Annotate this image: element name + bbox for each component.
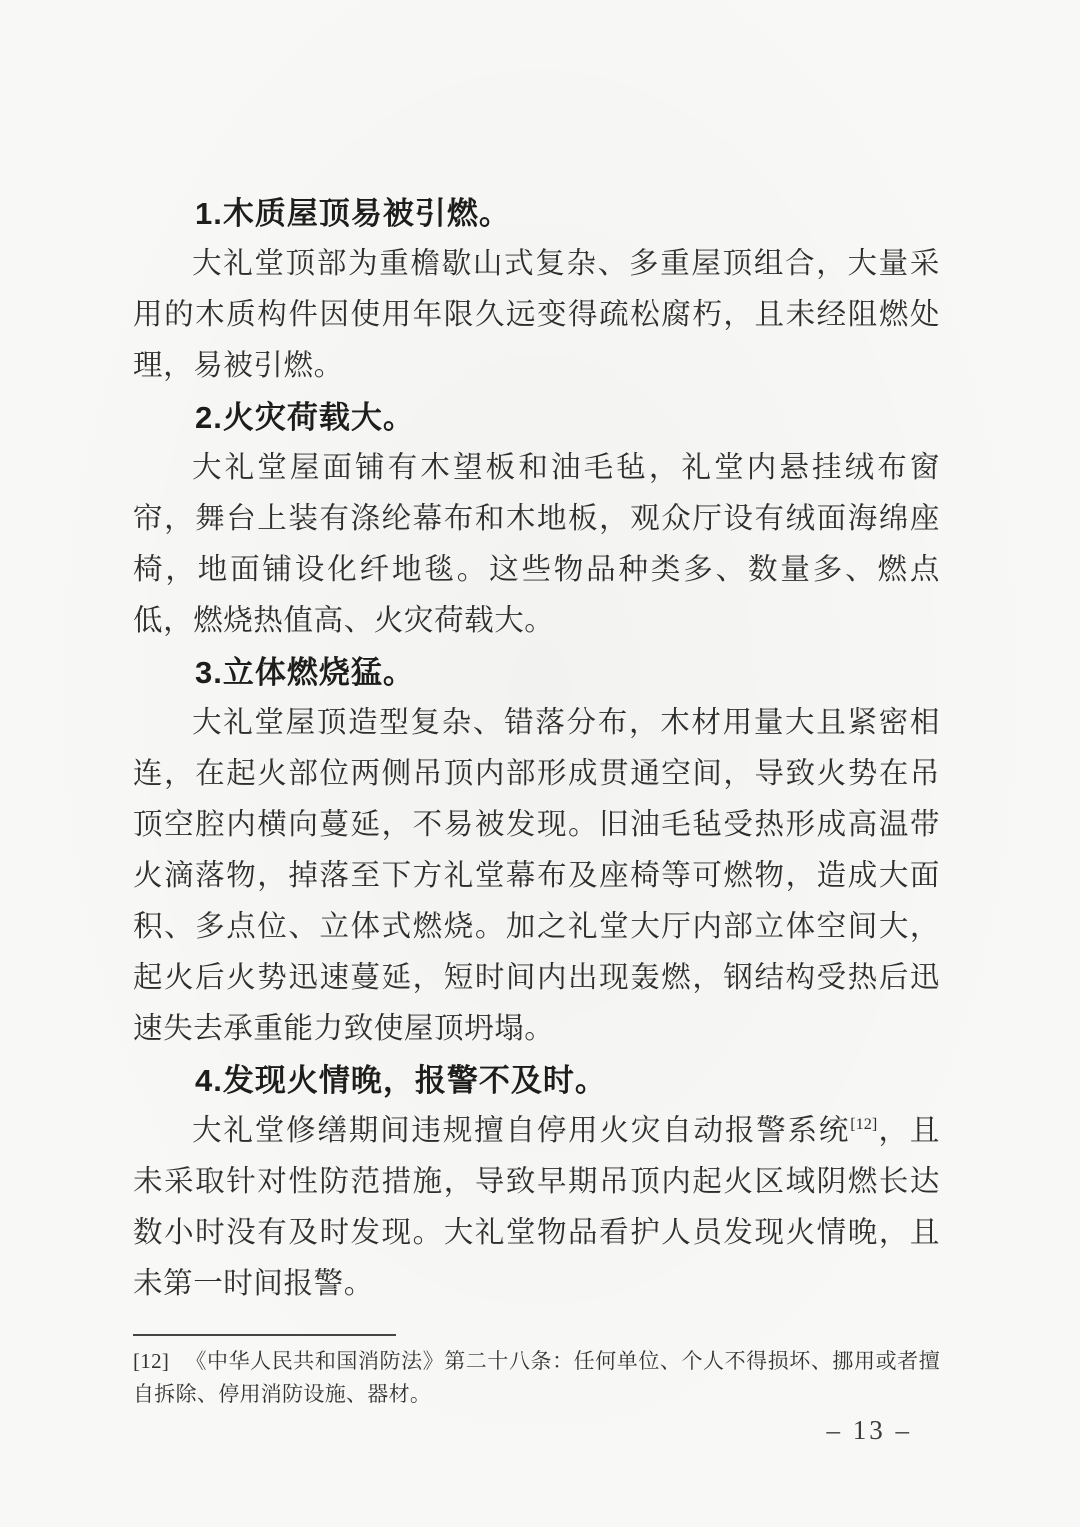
section-1-paragraph: 大礼堂顶部为重檐歇山式复杂、多重屋顶组合，大量采用的木质构件因使用年限久远变得疏… [133, 239, 940, 392]
section-wood-roof: 1.木质屋顶易被引燃。 大礼堂顶部为重檐歇山式复杂、多重屋顶组合，大量采用的木质… [133, 188, 940, 392]
section-fire-load: 2.火灾荷载大。 大礼堂屋面铺有木望板和油毛毡，礼堂内悬挂绒布窗帘，舞台上装有涤… [133, 392, 940, 647]
document-page: 1.木质屋顶易被引燃。 大礼堂顶部为重檐歇山式复杂、多重屋顶组合，大量采用的木质… [0, 0, 1080, 1527]
section-2-paragraph: 大礼堂屋面铺有木望板和油毛毡，礼堂内悬挂绒布窗帘，舞台上装有涤纶幕布和木地板，观… [133, 443, 940, 647]
section-late-alarm: 4.发现火情晚，报警不及时。 大礼堂修缮期间违规擅自停用火灾自动报警系统[12]… [133, 1055, 940, 1310]
footnote-body: 《中华人民共和国消防法》第二十八条：任何单位、个人不得损坏、挪用或者擅自拆除、停… [133, 1349, 940, 1406]
footnote-text: [12]《中华人民共和国消防法》第二十八条：任何单位、个人不得损坏、挪用或者擅自… [133, 1345, 940, 1411]
page-number: – 13 – [827, 1415, 913, 1446]
section-4-heading: 4.发现火情晚，报警不及时。 [133, 1055, 940, 1106]
section-2-heading: 2.火灾荷载大。 [133, 392, 940, 443]
section-3-heading: 3.立体燃烧猛。 [133, 647, 940, 698]
document-body: 1.木质屋顶易被引燃。 大礼堂顶部为重檐歇山式复杂、多重屋顶组合，大量采用的木质… [133, 188, 940, 1310]
footnote-separator-rule [133, 1334, 396, 1336]
footnote-marker: [12] [133, 1349, 169, 1373]
section-1-heading: 1.木质屋顶易被引燃。 [133, 188, 940, 239]
footnote-area: [12]《中华人民共和国消防法》第二十八条：任何单位、个人不得损坏、挪用或者擅自… [133, 1334, 940, 1411]
section-3d-burning: 3.立体燃烧猛。 大礼堂屋顶造型复杂、错落分布，木材用量大且紧密相连，在起火部位… [133, 647, 940, 1055]
section-4-paragraph: 大礼堂修缮期间违规擅自停用火灾自动报警系统[12]，且未采取针对性防范措施，导致… [133, 1106, 940, 1310]
footnote-ref-12: [12] [850, 1115, 877, 1133]
paragraph-text-before-ref: 大礼堂修缮期间违规擅自停用火灾自动报警系统 [192, 1115, 850, 1147]
section-3-paragraph: 大礼堂屋顶造型复杂、错落分布，木材用量大且紧密相连，在起火部位两侧吊顶内部形成贯… [133, 698, 940, 1055]
